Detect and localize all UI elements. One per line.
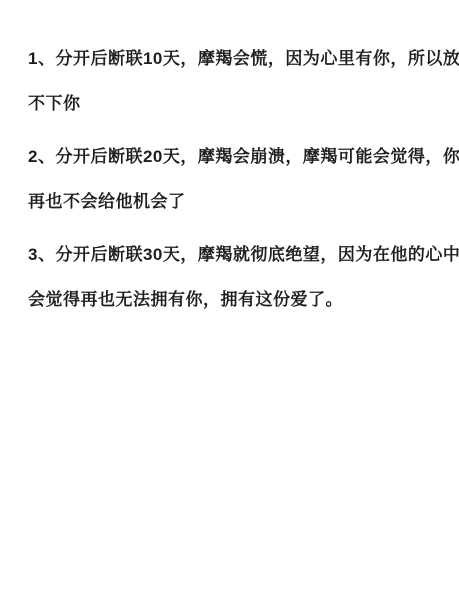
paragraph-3-line-2: 会觉得再也无法拥有你，拥有这份爱了。 [28,277,443,322]
paragraph-1-line-1: 1、分开后断联10天，摩羯会慌，因为心里有你，所以放 [28,36,443,81]
paragraph-3-line-1: 3、分开后断联30天，摩羯就彻底绝望，因为在他的心中， [28,232,443,277]
paragraph-2: 2、分开后断联20天，摩羯会崩溃，摩羯可能会觉得，你 再也不会给他机会了 [28,134,443,224]
text-page: 1、分开后断联10天，摩羯会慌，因为心里有你，所以放 不下你 2、分开后断联20… [0,0,459,600]
paragraph-3: 3、分开后断联30天，摩羯就彻底绝望，因为在他的心中， 会觉得再也无法拥有你，拥… [28,232,443,322]
paragraph-1: 1、分开后断联10天，摩羯会慌，因为心里有你，所以放 不下你 [28,36,443,126]
paragraph-2-line-2: 再也不会给他机会了 [28,179,443,224]
paragraph-1-line-2: 不下你 [28,81,443,126]
paragraph-2-line-1: 2、分开后断联20天，摩羯会崩溃，摩羯可能会觉得，你 [28,134,443,179]
